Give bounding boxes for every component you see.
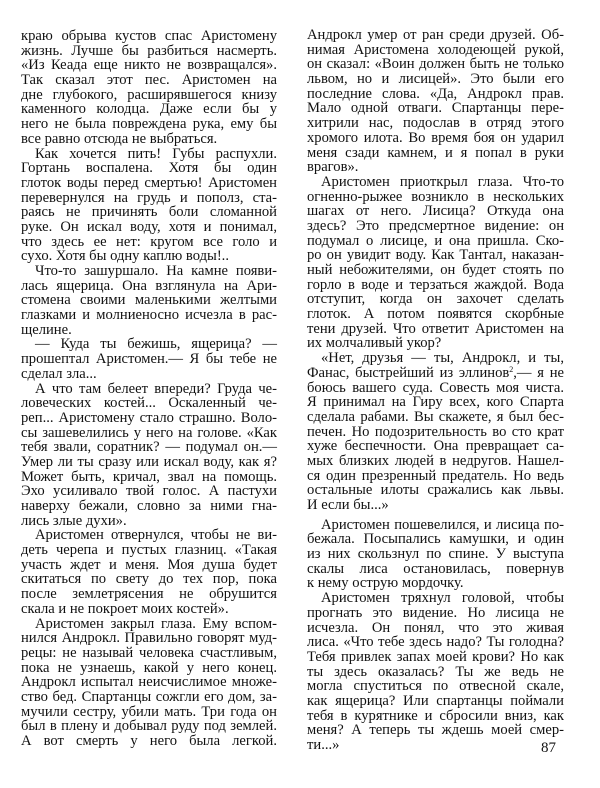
line-text: Что-то зашуршало. На камне появи- <box>35 263 277 279</box>
line-text: ся один презренный предатель. Но ведь <box>307 468 564 484</box>
text-line: А вот смерть у него была легкой. <box>21 734 277 749</box>
line-text: ты здесь оказалась? Ты же ведь не <box>307 664 564 680</box>
text-line: львом, но и лисицей». Это были его <box>307 72 564 87</box>
line-text-continued: ,— я не <box>513 365 564 381</box>
line-text: Мало одной отваги. Спартанцы пере- <box>307 100 564 116</box>
text-line: жизнь. Лучше бы разбиться насмерть. <box>21 44 277 59</box>
text-line: скалы лиса остановилась, повернув <box>307 562 564 577</box>
text-line: ся один презренный предатель. Но ведь <box>307 469 564 484</box>
line-text: скалы лиса остановилась, повернув <box>307 561 564 577</box>
line-text: Андрокл умер от ран среди друзей. Об- <box>307 27 564 43</box>
text-line: глоток. А потом появятся скорбные <box>307 307 564 322</box>
line-text: — Куда ты бежишь, ящерица? — <box>35 336 277 352</box>
text-line: печен. Но подозрительность во сто крат <box>307 425 564 440</box>
line-text: ный небожителями, он будет стоять по <box>307 262 564 278</box>
text-line: сделала рабами. Вы скажете, я был бес- <box>307 410 564 425</box>
line-text: Андрокл испытал неисчислимое множе- <box>21 674 277 690</box>
line-text: меня? А теперь ты ждешь моей смер- <box>307 722 564 738</box>
line-text: нился Андрокл. Правильно говорят муд- <box>21 630 277 646</box>
text-line: Андрокл умер от ран среди друзей. Об- <box>307 28 564 43</box>
text-line: ный небожителями, он будет стоять по <box>307 263 564 278</box>
line-text: хуже беспечности. Она превращает са- <box>307 438 564 454</box>
text-line: ловеческих костей... Оскаленный че- <box>21 396 277 411</box>
line-text: лиса. «Что тебе здесь надо? Ты голодна? <box>307 634 564 650</box>
line-text: бежала. Посыпались камушки, и один <box>307 531 564 547</box>
line-text: участь ждет и меня. Моя душа будет <box>21 557 277 573</box>
line-text: Аристомен приоткрыл глаза. Что-то <box>321 174 564 190</box>
line-text: наверху бежали, словно за ними гна- <box>21 498 277 514</box>
text-line: стомена своими маленькими желтыми <box>21 293 277 308</box>
text-line: рецы: не называй человека счастливым, <box>21 646 277 661</box>
text-line: Фанас, быстрейший из эллинов2,— я не <box>307 366 564 381</box>
line-text: подумал о лисице, и она пришла. Ско- <box>307 233 564 249</box>
text-line: из них скользнул по спине. У выступа <box>307 547 564 562</box>
text-line: наверху бежали, словно за ними гна- <box>21 499 277 514</box>
line-text: печен. Но подозрительность во сто крат <box>307 424 564 440</box>
text-line: «Из Кеада еще никто не возвращался». <box>21 58 277 73</box>
line-text: исчезла. Он понял, что это живая <box>307 620 564 636</box>
text-line: перевернулся на грудь и пополз, ста- <box>21 191 277 206</box>
line-text: ро он увидит воду. Как Тантал, наказан- <box>307 247 564 263</box>
text-line: он сказал: «Воин должен быть не только <box>307 57 564 72</box>
line-text: из них скользнул по спине. У выступа <box>307 546 564 562</box>
line-text: последние слова. «Да, Андрокл прав. <box>307 86 564 102</box>
line-text: могла спуститься по отвесной скале, <box>307 678 564 694</box>
text-line: И если бы...» <box>307 498 564 513</box>
text-line: мых близких людей в недругов. Нашел- <box>307 454 564 469</box>
line-text: Я принимал на Гиру всех, кого Спарта <box>307 394 564 410</box>
line-text: отступит, когда он захочет сделать <box>307 291 564 307</box>
line-text: меня сзади камнем, и я попал в руки <box>307 145 564 161</box>
line-text: Гортань воспалена. Хотя бы один <box>21 160 277 176</box>
line-text: лась ящерица. Она взглянула на Ари- <box>21 278 277 294</box>
text-line: исчезла. Он понял, что это живая <box>307 621 564 636</box>
line-text: деть черепа и пустых глазниц. «Такая <box>21 542 277 558</box>
line-text: Аристомен пошевелился, и лисица по- <box>321 517 564 533</box>
text-line: глазками и молниеносно исчезла в рас- <box>21 308 277 323</box>
line-text: здесь? Это предсмертное видение: он <box>307 218 564 234</box>
text-line: Тебя привлек запах моей крови? Но как <box>307 650 564 665</box>
text-line: нился Андрокл. Правильно говорят муд- <box>21 631 277 646</box>
left-text-column: краю обрыва кустов спас Аристоменужизнь.… <box>21 29 277 749</box>
text-line: бежала. Посыпались камушки, и один <box>307 532 564 547</box>
text-line: краю обрыва кустов спас Аристомену <box>21 29 277 44</box>
line-text: глоток воды перед смертью! Аристомен <box>21 175 277 191</box>
line-text: И если бы...» <box>307 497 389 513</box>
text-line: участь ждет и меня. Моя душа будет <box>21 558 277 573</box>
text-line: ты здесь оказалась? Ты же ведь не <box>307 665 564 680</box>
text-line: Мало одной отваги. Спартанцы пере- <box>307 101 564 116</box>
text-line: Аристомен отвернулся, чтобы не ви- <box>21 528 277 543</box>
line-text: А что там белеет впереди? Груда че- <box>35 381 277 397</box>
text-line: лась ящерица. Она взглянула на Ари- <box>21 279 277 294</box>
line-text: их молчаливый укор? <box>307 335 441 351</box>
line-text: Так сказал этот пес. Аристомен на <box>21 72 277 88</box>
text-line: каменного колодца. Даже если бы у <box>21 102 277 117</box>
text-line: скала и не покроет моих костей». <box>21 602 277 617</box>
text-line: как ящерица? Или спартанцы поймали <box>307 694 564 709</box>
line-text: Тебя привлек запах моей крови? Но как <box>307 649 564 665</box>
line-text: что здесь ее нет: кругом все голо и <box>21 234 277 250</box>
text-line: Умер ли ты сразу или искал воду, как я? <box>21 455 277 470</box>
line-text: щелине. <box>21 322 72 338</box>
text-line: шагах от него. Лисица? Откуда она <box>307 204 564 219</box>
text-line: Я принимал на Гиру всех, кого Спарта <box>307 395 564 410</box>
line-text: как ящерица? Или спартанцы поймали <box>307 693 564 709</box>
text-line: — Куда ты бежишь, ящерица? — <box>21 337 277 352</box>
text-line: меня сзади камнем, и я попал в руки <box>307 146 564 161</box>
line-text: боюсь вашего суда. Совесть моя чиста. <box>307 380 564 396</box>
text-line: подумал о лисице, и она пришла. Ско- <box>307 234 564 249</box>
right-text-column: Андрокл умер от ран среди друзей. Об-ним… <box>307 28 564 753</box>
text-line: ро он увидит воду. Как Тантал, наказан- <box>307 248 564 263</box>
line-text: прошептал Аристомен.— Я бы тебе не <box>21 351 277 367</box>
text-line: Аристомен закрыл глаза. Ему вспом- <box>21 617 277 632</box>
line-text: сделал зла... <box>21 366 97 382</box>
line-text: ти...» <box>307 737 339 753</box>
page-number: 87 <box>541 740 556 757</box>
line-text: ство бед. Спартанцы сожгли его дом, за- <box>21 689 277 705</box>
text-line: Аристомен приоткрыл глаза. Что-то <box>307 175 564 190</box>
text-line: дне глубокого, расширявшегося книзу <box>21 88 277 103</box>
line-text: тени друзей. Что ответит Аристомен на <box>307 321 564 337</box>
line-text: глазками и молниеносно исчезла в рас- <box>21 307 277 323</box>
text-line: сы зашевелились у него на голове. «Как <box>21 426 277 441</box>
text-line: Может быть, кричал, звал на помощь. <box>21 470 277 485</box>
line-text: ловеческих костей... Оскаленный че- <box>21 395 277 411</box>
text-line: тебя звали, соратник? — подумал он.— <box>21 440 277 455</box>
text-line: пока не узнаешь, какой у него конец. <box>21 661 277 676</box>
text-line: горло в воде и терзаться жаждой. Вода <box>307 278 564 293</box>
line-text: горло в воде и терзаться жаждой. Вода <box>307 277 564 293</box>
line-text: А вот смерть у него была легкой. <box>21 733 277 749</box>
text-line: могла спуститься по отвесной скале, <box>307 679 564 694</box>
line-text: все равно отсюда не выбраться. <box>21 131 217 147</box>
line-text: Аристомен закрыл глаза. Ему вспом- <box>35 616 277 632</box>
text-line: Андрокл испытал неисчислимое множе- <box>21 675 277 690</box>
text-line: что здесь ее нет: кругом все голо и <box>21 235 277 250</box>
text-line: последние слова. «Да, Андрокл прав. <box>307 87 564 102</box>
text-line: здесь? Это предсмертное видение: он <box>307 219 564 234</box>
text-line: Аристомен тряхнул головой, чтобы <box>307 591 564 606</box>
text-line: сухо. Хотя бы одну каплю воды!.. <box>21 249 277 264</box>
text-line: боюсь вашего суда. Совесть моя чиста. <box>307 381 564 396</box>
text-line: сделал зла... <box>21 367 277 382</box>
text-line: Так сказал этот пес. Аристомен на <box>21 73 277 88</box>
line-text: него не была повреждена рука, ему бы <box>21 116 277 132</box>
text-line: ти...» <box>307 738 564 753</box>
line-text: хитрили нас, подослав в отряд этого <box>307 115 564 131</box>
line-text: дне глубокого, расширявшегося книзу <box>21 87 277 103</box>
text-line: нимая Аристомена холодеющей рукой, <box>307 43 564 58</box>
text-line: реп... Аристомену стало страшно. Воло- <box>21 411 277 426</box>
text-line: остальные илоты сражались как львы. <box>307 483 564 498</box>
text-line: все равно отсюда не выбраться. <box>21 132 277 147</box>
text-line: после землетрясения не обрушится <box>21 587 277 602</box>
text-line: него не была повреждена рука, ему бы <box>21 117 277 132</box>
text-line: хуже беспечности. Она превращает са- <box>307 439 564 454</box>
line-text: врагов». <box>307 159 358 175</box>
line-text: краю обрыва кустов спас Аристомену <box>21 28 277 44</box>
text-line: тени друзей. Что ответит Аристомен на <box>307 322 564 337</box>
line-text: нимая Аристомена холодеющей рукой, <box>307 42 564 58</box>
text-line: мучили сестру, убили мать. Три года он <box>21 705 277 720</box>
text-line: А что там белеет впереди? Груда че- <box>21 382 277 397</box>
line-text: сделала рабами. Вы скажете, я был бес- <box>307 409 564 425</box>
text-line: руке. Он искал воду, хотя и понимал, <box>21 220 277 235</box>
line-text: лись злые духи». <box>21 513 127 529</box>
line-text: пока не узнаешь, какой у него конец. <box>21 660 277 676</box>
text-line: глоток воды перед смертью! Аристомен <box>21 176 277 191</box>
line-text: сухо. Хотя бы одну каплю воды!.. <box>21 248 229 264</box>
line-text: тебя в курятнике и сбросили вниз, как <box>307 708 564 724</box>
line-text: руке. Он искал воду, хотя и понимал, <box>21 219 277 235</box>
line-text: мых близких людей в недругов. Нашел- <box>307 453 564 469</box>
text-line: Как хочется пить! Губы распухли. <box>21 147 277 162</box>
text-line: прошептал Аристомен.— Я бы тебе не <box>21 352 277 367</box>
text-line: был в плену и добывал руду под землей. <box>21 719 277 734</box>
line-text: глоток. А потом появятся скорбные <box>307 306 564 322</box>
text-line: лись злые духи». <box>21 514 277 529</box>
text-line: Что-то зашуршало. На камне появи- <box>21 264 277 279</box>
line-text: после землетрясения не обрушится <box>21 586 277 602</box>
line-text: Фанас, быстрейший из эллинов <box>307 365 509 381</box>
line-text: реп... Аристомену стало страшно. Воло- <box>21 410 277 426</box>
line-text: шагах от него. Лисица? Откуда она <box>307 203 564 219</box>
line-text: Умер ли ты сразу или искал воду, как я? <box>21 454 277 470</box>
text-line: их молчаливый укор? <box>307 336 564 351</box>
line-text: каменного колодца. Даже если бы у <box>21 101 277 117</box>
line-text: рецы: не называй человека счастливым, <box>21 645 277 661</box>
line-text: скитаться по свету до тех пор, пока <box>21 571 277 587</box>
text-line: хитрили нас, подослав в отряд этого <box>307 116 564 131</box>
line-text: мучили сестру, убили мать. Три года он <box>21 704 277 720</box>
text-line: хромого илота. Во время боя он ударил <box>307 131 564 146</box>
text-line: ство бед. Спартанцы сожгли его дом, за- <box>21 690 277 705</box>
line-text: перевернулся на грудь и пополз, ста- <box>21 190 277 206</box>
line-text: тебя звали, соратник? — подумал он.— <box>21 439 277 455</box>
text-line: раясь не причинять боли сломанной <box>21 205 277 220</box>
text-line: деть черепа и пустых глазниц. «Такая <box>21 543 277 558</box>
line-text: сы зашевелились у него на голове. «Как <box>21 425 277 441</box>
line-text: огненно-рыжее возникло в нескольких <box>307 189 564 205</box>
line-text: остальные илоты сражались как львы. <box>307 482 564 498</box>
line-text: стомена своими маленькими желтыми <box>21 292 277 308</box>
line-text: Может быть, кричал, звал на помощь. <box>21 469 277 485</box>
book-page: краю обрыва кустов спас Аристоменужизнь.… <box>0 0 600 788</box>
text-line: Гортань воспалена. Хотя бы один <box>21 161 277 176</box>
line-text: Эхо усиливало твой голос. А пастухи <box>21 483 277 499</box>
text-line: к нему острую мордочку. <box>307 576 564 591</box>
line-text: скала и не покроет моих костей». <box>21 601 229 617</box>
text-line: «Нет, друзья — ты, Андрокл, и ты, <box>307 351 564 366</box>
line-text: хромого илота. Во время боя он ударил <box>307 130 564 146</box>
text-line: Эхо усиливало твой голос. А пастухи <box>21 484 277 499</box>
line-text: был в плену и добывал руду под землей. <box>21 718 277 734</box>
line-text: «Нет, друзья — ты, Андрокл, и ты, <box>321 350 564 366</box>
text-line: щелине. <box>21 323 277 338</box>
text-line: меня? А теперь ты ждешь моей смер- <box>307 723 564 738</box>
text-line: тебя в курятнике и сбросили вниз, как <box>307 709 564 724</box>
text-line: лиса. «Что тебе здесь надо? Ты голодна? <box>307 635 564 650</box>
line-text: раясь не причинять боли сломанной <box>21 204 277 220</box>
line-text: Как хочется пить! Губы распухли. <box>35 146 277 162</box>
text-line: врагов». <box>307 160 564 175</box>
line-text: львом, но и лисицей». Это были его <box>307 71 564 87</box>
line-text: Аристомен отвернулся, чтобы не ви- <box>35 527 277 543</box>
text-line: отступит, когда он захочет сделать <box>307 292 564 307</box>
line-text: он сказал: «Воин должен быть не только <box>307 56 564 72</box>
line-text: Аристомен тряхнул головой, чтобы <box>321 590 564 606</box>
line-text: жизнь. Лучше бы разбиться насмерть. <box>21 43 277 59</box>
text-line: прогнать это видение. Но лисица не <box>307 606 564 621</box>
text-line: скитаться по свету до тех пор, пока <box>21 572 277 587</box>
line-text: к нему острую мордочку. <box>307 575 464 591</box>
text-line: Аристомен пошевелился, и лисица по- <box>307 518 564 533</box>
line-text: «Из Кеада еще никто не возвращался». <box>21 57 277 73</box>
line-text: прогнать это видение. Но лисица не <box>307 605 564 621</box>
text-line: огненно-рыжее возникло в нескольких <box>307 190 564 205</box>
